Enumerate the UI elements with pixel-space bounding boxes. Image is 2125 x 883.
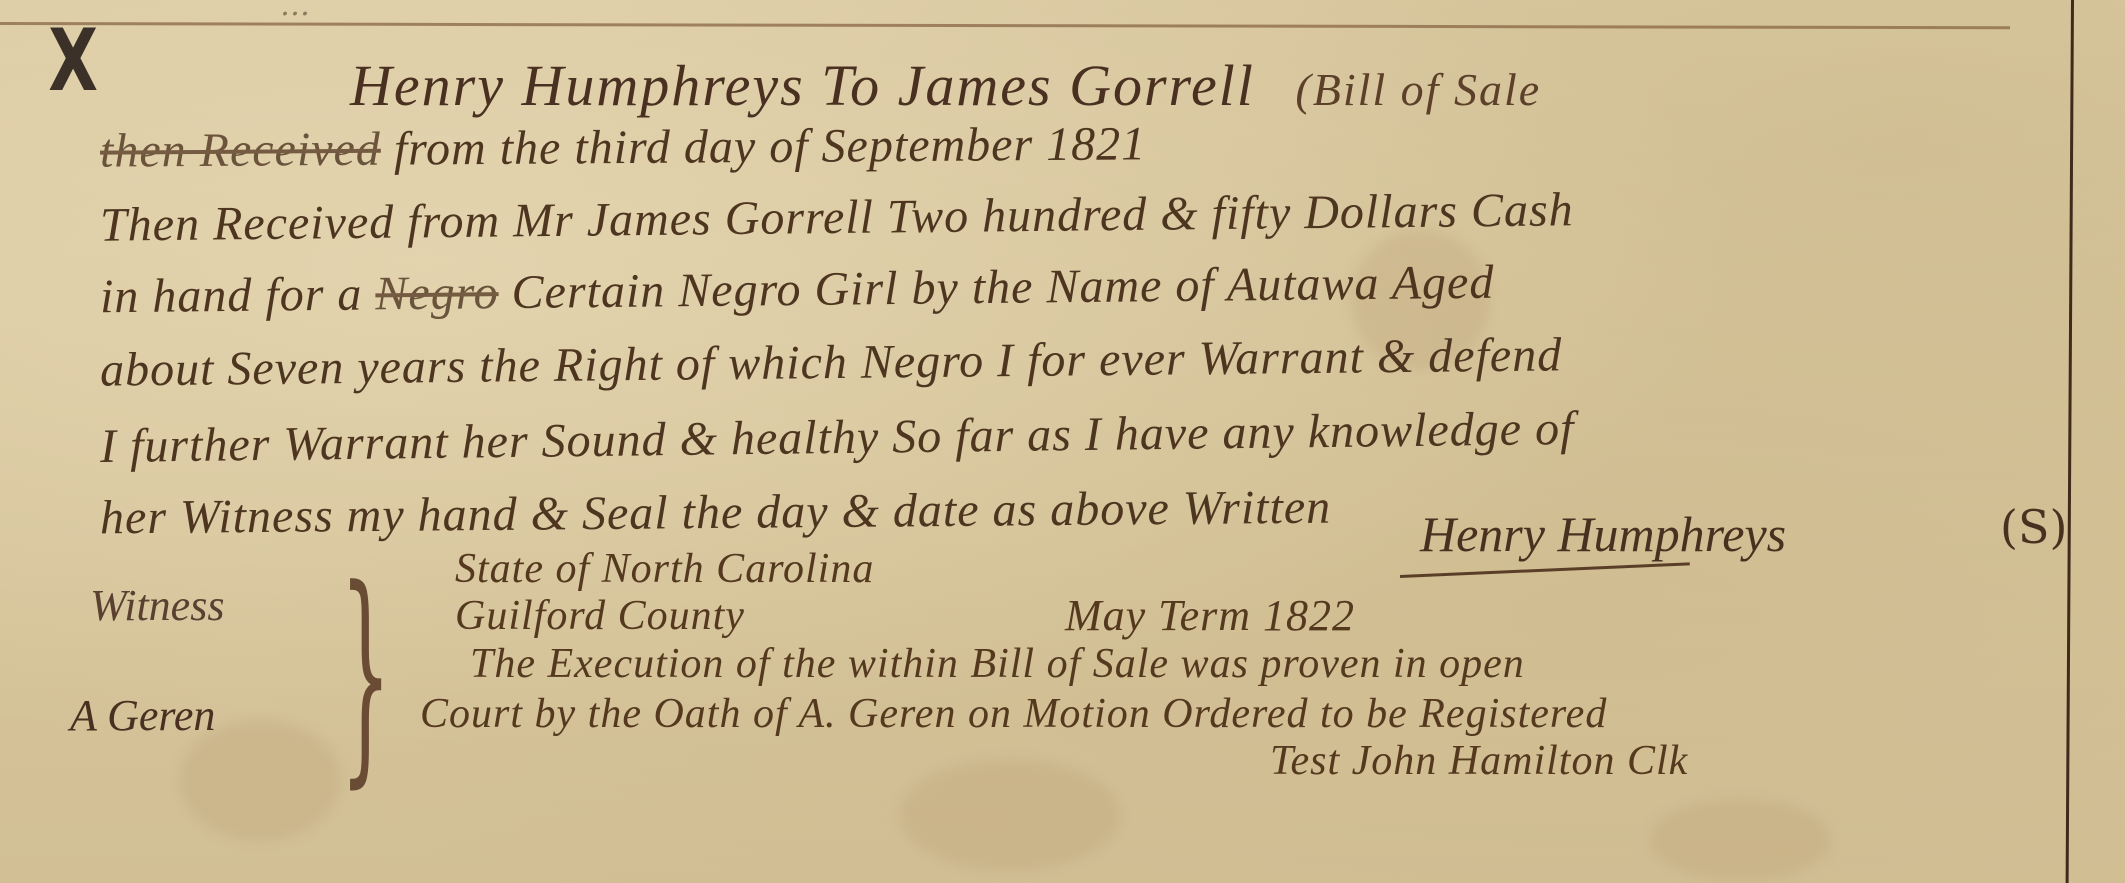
paper-stain (1650, 800, 1830, 880)
margin-rule (2066, 0, 2074, 883)
witness-name: A Geren (70, 690, 215, 741)
document-page: … X Henry Humphreys To James Gorrell (Bi… (0, 0, 2125, 883)
witness-label: Witness (90, 580, 224, 631)
body-line-5: I further Warrant her Sound & healthy So… (100, 401, 1575, 474)
court-state: State of North Carolina (455, 545, 874, 593)
body-line-4: about Seven years the Right of which Neg… (100, 327, 1563, 397)
entry-heading: Henry Humphreys To James Gorrell (Bill o… (350, 52, 1541, 119)
struck-text: Negro (375, 266, 499, 320)
court-line-2: Court by the Oath of A. Geren on Motion … (420, 690, 1607, 738)
court-attest: Test John Hamilton Clk (1270, 737, 1688, 785)
court-line-1: The Execution of the within Bill of Sale… (470, 640, 1525, 688)
body-line-3: in hand for a Negro Certain Negro Girl b… (100, 255, 1495, 325)
margin-x-mark: X (48, 18, 98, 104)
brace-mark: } (340, 560, 391, 790)
heading-title: Henry Humphreys To James Gorrell (350, 53, 1255, 118)
body-line-6: her Witness my hand & Seal the day & dat… (100, 480, 1332, 546)
signature: Henry Humphreys (1420, 505, 1786, 563)
ruled-line (0, 22, 2010, 29)
body-text: Certain Negro Girl by the Name of Autawa… (498, 256, 1494, 319)
paper-stain (900, 760, 1120, 870)
body-text: from the third day of September 1821 (381, 117, 1147, 175)
body-text: in hand for a (100, 267, 376, 323)
body-line-2: Then Received from Mr James Gorrell Two … (100, 182, 1574, 252)
seal-mark: (S) (2000, 500, 2067, 554)
body-line-1: then Received from the third day of Sept… (100, 116, 1147, 178)
court-county: Guilford County (455, 592, 745, 640)
signature-flourish (1400, 562, 1690, 578)
court-term: May Term 1822 (1065, 590, 1355, 641)
heading-subtitle: (Bill of Sale (1295, 64, 1541, 115)
struck-text: then Received (100, 123, 381, 178)
previous-entry-fragment: … (280, 0, 314, 23)
